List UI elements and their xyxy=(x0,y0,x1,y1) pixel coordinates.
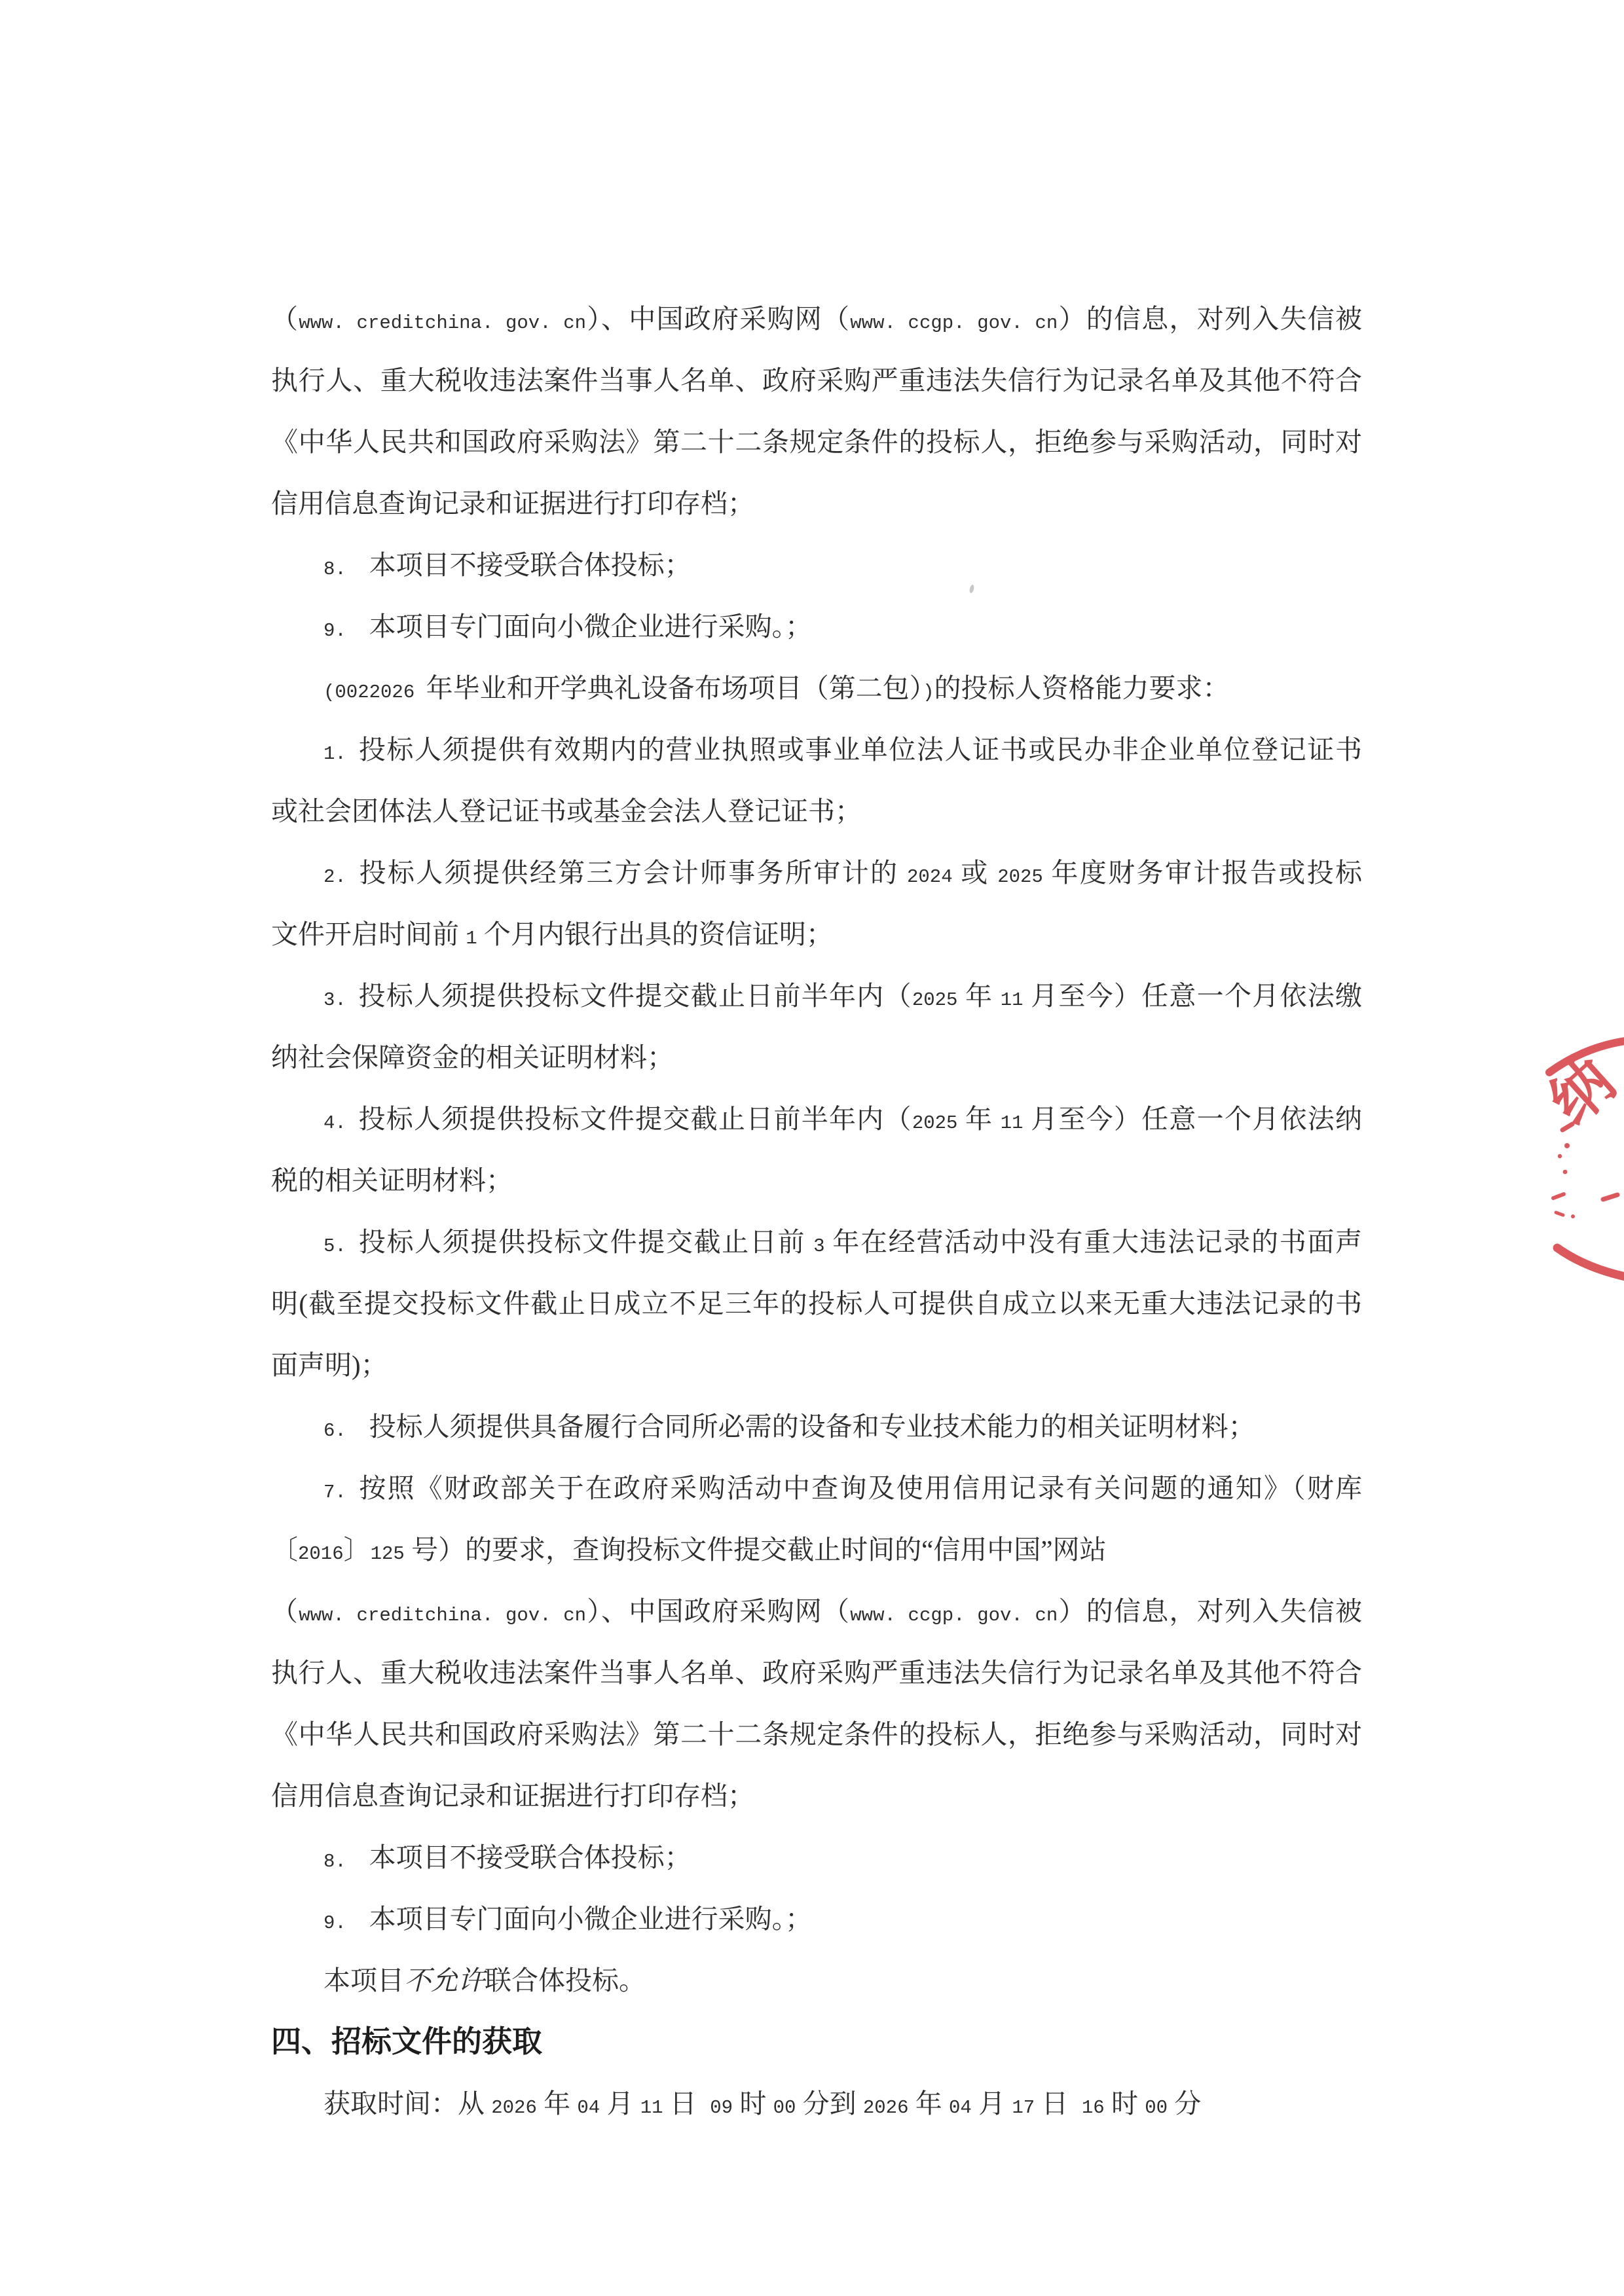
section-heading: 四、招标文件的获取 xyxy=(271,2011,1362,2073)
stamp-ink-fleck xyxy=(1558,1154,1562,1158)
stamp-bottom-arc xyxy=(1557,1248,1624,1277)
text-run: 投标人须提供有效期内的营业执照或事业单位法人证书或民办非企业单位登记证书 xyxy=(359,735,1362,765)
text-run: （ xyxy=(271,304,299,334)
scanned-page: （www. creditchina. gov. cn）、中国政府采购网（www.… xyxy=(0,0,1624,2296)
text-run: 4. xyxy=(323,1112,358,1134)
text-run: 本项目 xyxy=(323,1965,404,1995)
text-line: 2. 投标人须提供经第三方会计师事务所审计的 2024 或 2025 年度财务审… xyxy=(271,842,1362,903)
text-run: 月至今）任意一个月依法纳 xyxy=(1024,1104,1362,1134)
text-line: 7. 按照《财政部关于在政府采购活动中查询及使用信用记录有关问题的通知》（财库 xyxy=(271,1457,1362,1519)
stamp-ink-fleck xyxy=(1556,1212,1563,1215)
stamp-ink-fleck xyxy=(1553,1194,1564,1198)
text-run: 日 xyxy=(663,2088,710,2119)
stamp-character: 纳 xyxy=(1538,1047,1624,1137)
text-line: 〔2016〕125 号）的要求，查询投标文件提交截止时间的“信用中国”网站 xyxy=(271,1519,1362,1580)
text-run: 04 xyxy=(577,2097,600,2119)
text-run: www. ccgp. gov. cn xyxy=(850,1605,1058,1626)
text-line: 8. 本项目不接受联合体投标； xyxy=(271,1827,1362,1888)
text-run: 本项目不接受联合体投标； xyxy=(369,550,692,580)
text-line: 执行人、重大税收违法案件当事人名单、政府采购严重违法失信行为记录名单及其他不符合 xyxy=(271,350,1362,411)
text-run: 明(截至提交投标文件截止日成立不足三年的投标人可提供自成立以来无重大违法记录的书 xyxy=(271,1288,1362,1319)
text-run: www. ccgp. gov. cn xyxy=(850,312,1058,334)
text-run: 时 xyxy=(1105,2088,1145,2119)
text-run: 04 xyxy=(949,2097,972,2119)
text-line: 9. 本项目专门面向小微企业进行采购。； xyxy=(271,1888,1362,1950)
text-line: 面声明)； xyxy=(271,1334,1362,1396)
text-run: 《中华人民共和国政府采购法》第二十二条规定条件的投标人，拒绝参与采购活动，同时对 xyxy=(271,1719,1362,1749)
text-run: 2025 xyxy=(997,866,1043,888)
text-run: 年毕业和开学典礼设备布场项目（第二包） xyxy=(426,673,923,703)
text-run: 年 xyxy=(537,2088,578,2119)
text-run: 年 xyxy=(957,981,1000,1011)
text-run: 联合体投标。 xyxy=(485,1965,646,1995)
text-run: 本项目不接受联合体投标； xyxy=(369,1842,692,1872)
text-line: 信用信息查询记录和证据进行打印存档； xyxy=(271,473,1362,534)
text-run: 6. xyxy=(323,1420,369,1442)
text-run: 2026 xyxy=(863,2097,909,2119)
text-run: 8. xyxy=(323,1851,369,1872)
text-line: 纳社会保障资金的相关证明材料； xyxy=(271,1027,1362,1088)
red-stamp: 纳 xyxy=(1519,1008,1624,1309)
text-run: www. creditchina. gov. cn xyxy=(299,1605,586,1626)
text-run: 年度财务审计报告或投标 xyxy=(1043,858,1362,888)
text-run: 00 xyxy=(773,2097,796,2119)
text-run: 年 xyxy=(957,1104,1000,1134)
text-run: 1 xyxy=(466,928,477,949)
text-run: 信用信息查询记录和证据进行打印存档； xyxy=(271,1781,754,1811)
text-line: 3. 投标人须提供投标文件提交截止日前半年内（2025 年 11 月至今）任意一… xyxy=(271,965,1362,1027)
text-run: 17 xyxy=(1012,2097,1035,2119)
text-run: 纳社会保障资金的相关证明材料； xyxy=(271,1042,674,1072)
text-run: ）的信息，对列入失信被 xyxy=(1058,1596,1362,1626)
text-run: 投标人须提供投标文件提交截止日前 xyxy=(359,1227,813,1257)
text-run: 2026 xyxy=(491,2097,537,2119)
text-run: 四、招标文件的获取 xyxy=(271,2025,542,2058)
text-run: 2025 xyxy=(912,1112,958,1134)
text-run: 获取时间：从 xyxy=(323,2088,491,2119)
text-run: 7. xyxy=(323,1482,359,1503)
text-run: 9. xyxy=(323,620,369,642)
text-run: 2. xyxy=(323,866,360,888)
text-run: 月至今）任意一个月依法缴 xyxy=(1024,981,1362,1011)
text-run: ）、中国政府采购网（ xyxy=(586,304,850,334)
text-run: www. creditchina. gov. cn xyxy=(299,312,586,334)
text-run: 3 xyxy=(813,1235,824,1257)
text-run: 11 xyxy=(640,2097,663,2119)
text-run: （ xyxy=(271,1596,299,1626)
text-run: 〕 xyxy=(344,1535,371,1565)
text-line: 本项目不允许联合体投标。 xyxy=(271,1950,1362,2011)
text-line: 9. 本项目专门面向小微企业进行采购。； xyxy=(271,596,1362,657)
text-line: 5. 投标人须提供投标文件提交截止日前 3 年在经营活动中没有重大违法记录的书面… xyxy=(271,1211,1362,1273)
stamp-ink-fleck xyxy=(1563,1170,1568,1175)
text-run: ）、中国政府采购网（ xyxy=(586,1596,850,1626)
text-run: 〔 xyxy=(271,1535,298,1565)
text-run: ）的信息，对列入失信被 xyxy=(1058,304,1362,334)
text-line: 文件开启时间前 1 个月内银行出具的资信证明； xyxy=(271,903,1362,965)
text-run: ) xyxy=(923,682,934,703)
text-run: 时 xyxy=(733,2088,773,2119)
text-run: 本项目专门面向小微企业进行采购。； xyxy=(369,611,813,642)
text-run: 《中华人民共和国政府采购法》第二十二条规定条件的投标人，拒绝参与采购活动，同时对 xyxy=(271,427,1362,457)
text-run: 8. xyxy=(323,558,369,580)
text-line: 执行人、重大税收违法案件当事人名单、政府采购严重违法失信行为记录名单及其他不符合 xyxy=(271,1642,1362,1704)
text-run: 2016 xyxy=(298,1543,344,1565)
text-run: 5. xyxy=(323,1235,359,1257)
text-run: 分 xyxy=(1168,2088,1201,2119)
text-run: 125 xyxy=(371,1543,405,1565)
text-line: 税的相关证明材料； xyxy=(271,1150,1362,1211)
text-run: 不允许 xyxy=(404,1965,485,1995)
text-line: 信用信息查询记录和证据进行打印存档； xyxy=(271,1765,1362,1827)
text-run: 面声明)； xyxy=(271,1350,388,1380)
text-run: 的投标人资格能力要求： xyxy=(934,673,1230,703)
text-run: 信用信息查询记录和证据进行打印存档； xyxy=(271,488,754,519)
text-run: 16 xyxy=(1082,2097,1105,2119)
stamp-ink-fleck xyxy=(1603,1195,1617,1199)
text-line: 明(截至提交投标文件截止日成立不足三年的投标人可提供自成立以来无重大违法记录的书 xyxy=(271,1273,1362,1334)
text-run: 投标人须提供投标文件提交截止日前半年内（ xyxy=(358,1104,912,1134)
text-run: 或 xyxy=(953,858,998,888)
stamp-ink-fleck xyxy=(1562,1124,1572,1130)
text-run: 投标人须提供投标文件提交截止日前半年内（ xyxy=(358,981,912,1011)
text-run: 00 xyxy=(1145,2097,1168,2119)
text-line: 或社会团体法人登记证书或基金会法人登记证书； xyxy=(271,780,1362,842)
text-run: 日 xyxy=(1035,2088,1082,2119)
text-line: （www. creditchina. gov. cn）、中国政府采购网（www.… xyxy=(271,288,1362,350)
text-run: 11 xyxy=(1001,1112,1024,1134)
text-line: 4. 投标人须提供投标文件提交截止日前半年内（2025 年 11 月至今）任意一… xyxy=(271,1088,1362,1150)
text-run: 09 xyxy=(710,2097,733,2119)
text-run: 月 xyxy=(972,2088,1012,2119)
text-run: 号）的要求，查询投标文件提交截止时间的“信用中国”网站 xyxy=(405,1535,1107,1565)
text-run: 本项目专门面向小微企业进行采购。； xyxy=(369,1904,813,1934)
stamp-ink-fleck xyxy=(1571,1214,1575,1218)
text-line: （www. creditchina. gov. cn）、中国政府采购网（www.… xyxy=(271,1580,1362,1642)
text-line: (0022026 年毕业和开学典礼设备布场项目（第二包）)的投标人资格能力要求： xyxy=(271,657,1362,719)
text-run: 文件开启时间前 xyxy=(271,919,466,949)
text-run: 执行人、重大税收违法案件当事人名单、政府采购严重违法失信行为记录名单及其他不符合 xyxy=(271,1658,1362,1688)
text-run: 3. xyxy=(323,989,358,1011)
text-run: 按照《财政部关于在政府采购活动中查询及使用信用记录有关问题的通知》（财库 xyxy=(359,1473,1362,1503)
text-line: 获取时间：从 2026 年 04 月 11 日 09 时 00 分到 2026 … xyxy=(271,2073,1362,2134)
text-line: 1. 投标人须提供有效期内的营业执照或事业单位法人证书或民办非企业单位登记证书 xyxy=(271,719,1362,780)
text-run: (0022026 xyxy=(323,682,426,703)
text-run: 投标人须提供具备履行合同所必需的设备和专业技术能力的相关证明材料； xyxy=(369,1412,1255,1442)
text-run: 年 xyxy=(909,2088,950,2119)
text-run: 或社会团体法人登记证书或基金会法人登记证书； xyxy=(271,796,862,826)
stamp-ink-fleck xyxy=(1564,1143,1570,1148)
text-run: 税的相关证明材料； xyxy=(271,1165,513,1195)
text-run: 执行人、重大税收违法案件当事人名单、政府采购严重违法失信行为记录名单及其他不符合 xyxy=(271,365,1362,395)
text-run: 11 xyxy=(1001,989,1024,1011)
text-line: 6. 投标人须提供具备履行合同所必需的设备和专业技术能力的相关证明材料； xyxy=(271,1396,1362,1457)
text-line: 《中华人民共和国政府采购法》第二十二条规定条件的投标人，拒绝参与采购活动，同时对 xyxy=(271,411,1362,473)
document-body: （www. creditchina. gov. cn）、中国政府采购网（www.… xyxy=(271,288,1362,2134)
text-run: 投标人须提供经第三方会计师事务所审计的 xyxy=(360,858,907,888)
text-run: 个月内银行出具的资信证明； xyxy=(477,919,833,949)
text-run: 2024 xyxy=(907,866,953,888)
text-run: 分到 xyxy=(796,2088,863,2119)
text-run: 2025 xyxy=(912,989,958,1011)
text-run: 月 xyxy=(600,2088,640,2119)
text-line: 《中华人民共和国政府采购法》第二十二条规定条件的投标人，拒绝参与采购活动，同时对 xyxy=(271,1704,1362,1765)
text-run: 年在经营活动中没有重大违法记录的书面声 xyxy=(824,1227,1362,1257)
text-line: 8. 本项目不接受联合体投标； xyxy=(271,534,1362,596)
text-run: 9. xyxy=(323,1912,369,1934)
text-run: 1. xyxy=(323,743,359,765)
